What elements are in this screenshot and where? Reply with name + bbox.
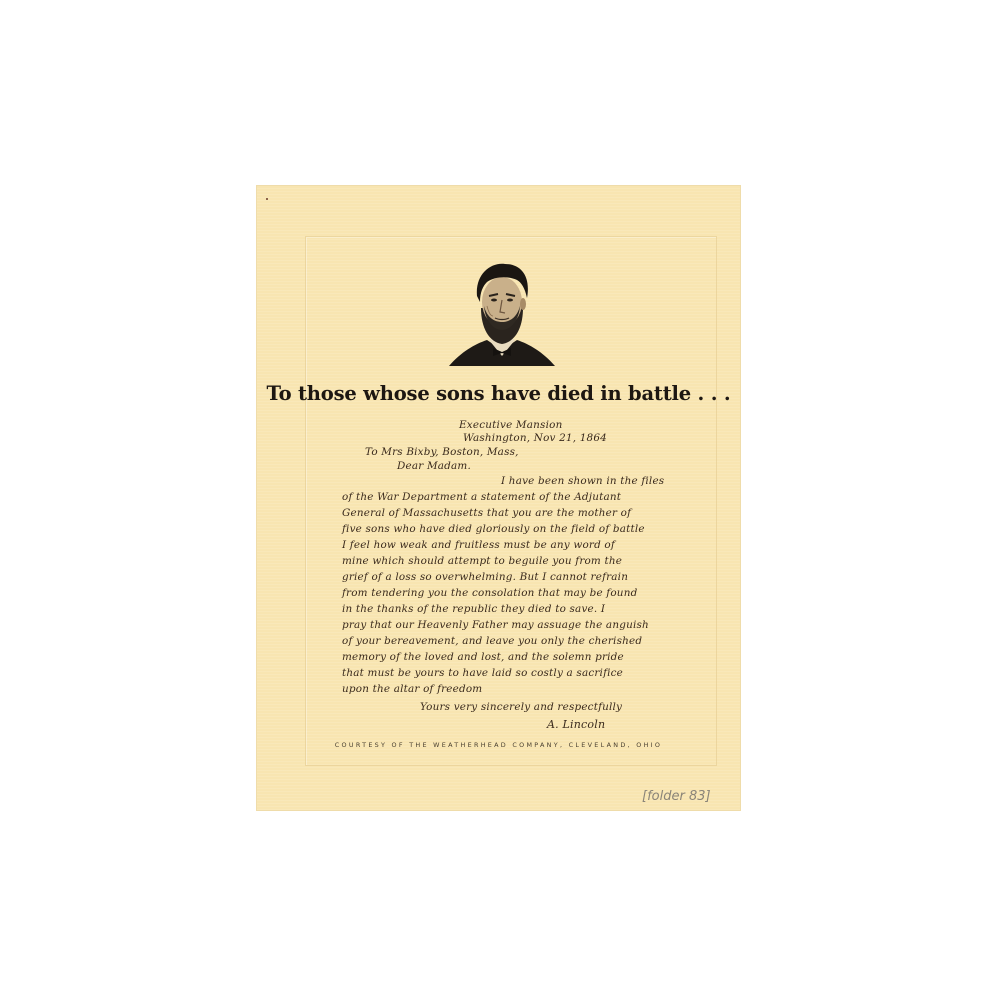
paper-speck bbox=[266, 198, 268, 200]
letter-body-line: from tendering you the consolation that … bbox=[342, 587, 637, 599]
letter-closing: Yours very sincerely and respectfully bbox=[420, 701, 622, 713]
letter-salutation: Dear Madam. bbox=[397, 460, 471, 472]
letter-body-line: I have been shown in the files bbox=[501, 475, 664, 487]
letter-body-line: in the thanks of the republic they died … bbox=[342, 603, 605, 615]
letter-body-line: grief of a loss so overwhelming. But I c… bbox=[342, 571, 628, 583]
letter-body-line: pray that our Heavenly Father may assuag… bbox=[342, 619, 649, 631]
letter-header-date: Washington, Nov 21, 1864 bbox=[463, 432, 607, 444]
archival-folder-note: [folder 83] bbox=[642, 789, 711, 804]
letter-addressee: To Mrs Bixby, Boston, Mass, bbox=[365, 446, 519, 458]
letter-body-line: upon the altar of freedom bbox=[342, 683, 482, 695]
document-sheet: To those whose sons have died in battle … bbox=[257, 186, 740, 810]
courtesy-line: COURTESY OF THE WEATHERHEAD COMPANY, CLE… bbox=[257, 741, 740, 749]
letter-body-line: of your bereavement, and leave you only … bbox=[342, 635, 642, 647]
document-heading: To those whose sons have died in battle … bbox=[257, 382, 740, 405]
letter-signature: A. Lincoln bbox=[547, 718, 605, 731]
letter-body-line: that must be yours to have laid so costl… bbox=[342, 667, 623, 679]
letter-body-line: General of Massachusetts that you are th… bbox=[342, 507, 631, 519]
letter-body-line: five sons who have died gloriously on th… bbox=[342, 523, 645, 535]
letter-body-line: mine which should attempt to beguile you… bbox=[342, 555, 622, 567]
letter-body-line: memory of the loved and lost, and the so… bbox=[342, 651, 624, 663]
letter-body-line: I feel how weak and fruitless must be an… bbox=[342, 539, 615, 551]
letter-header-line-1: Executive Mansion bbox=[459, 419, 562, 431]
letter-body-line: of the War Department a statement of the… bbox=[342, 491, 621, 503]
lincoln-portrait-image bbox=[447, 256, 557, 368]
